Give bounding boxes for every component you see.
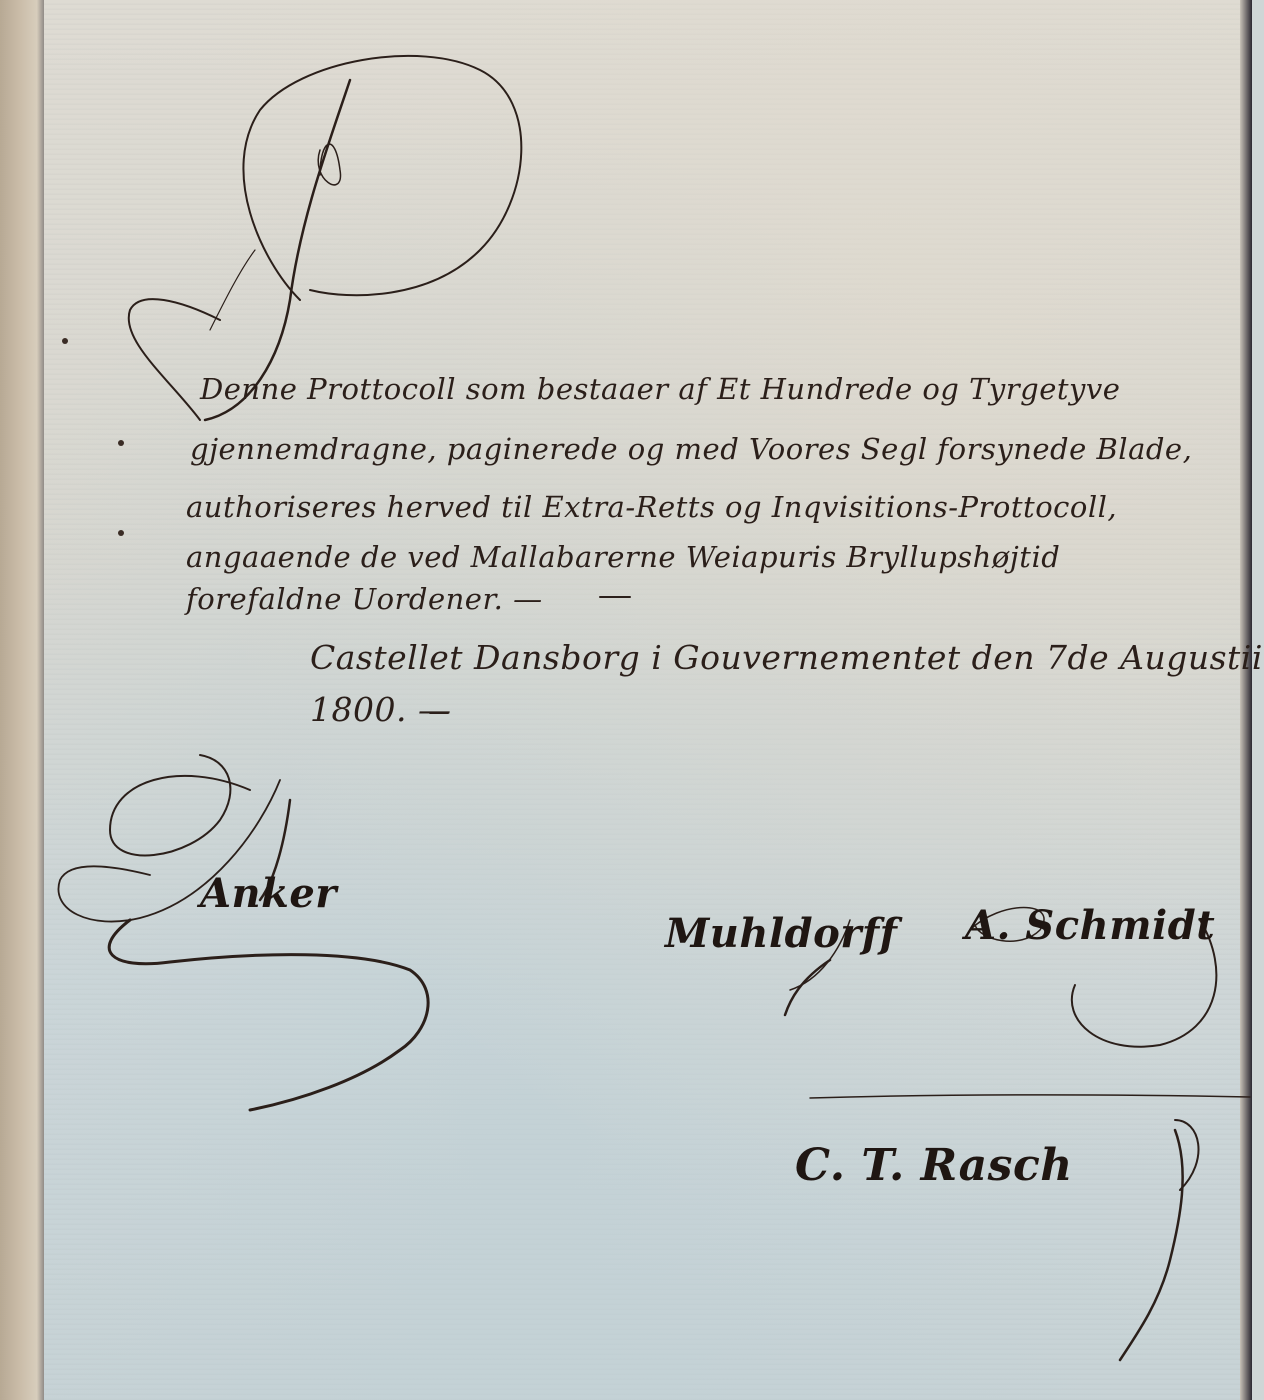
margin-ink-dot — [118, 530, 124, 536]
body-line-4: angaaende de ved Mallabarerne Weiapuris … — [186, 540, 1060, 574]
signature-rasch: C. T. Rasch — [795, 1140, 1073, 1191]
signature-schmidt: A. Schmidt — [965, 902, 1215, 949]
place-date-line: Castellet Dansborg i Gouvernementet den … — [310, 638, 1263, 677]
signature-anker: Anker — [200, 870, 337, 917]
year-line: 1800. — — [310, 690, 451, 729]
body-line-1: Denne Prottocoll som bestaaer af Et Hund… — [200, 372, 1120, 406]
margin-ink-dot — [62, 338, 68, 344]
body-line-5: forefaldne Uordener. — — [186, 582, 543, 616]
body-line-2: gjennemdragne, paginerede og med Voores … — [190, 432, 1192, 466]
body-line-3: authoriseres herved til Extra-Retts og I… — [186, 490, 1117, 524]
signature-muhldorff: Muhldorff — [665, 910, 897, 957]
margin-ink-dot — [118, 440, 124, 446]
page-edge-shadow — [1240, 0, 1252, 1400]
book-binding-edge — [0, 0, 46, 1400]
